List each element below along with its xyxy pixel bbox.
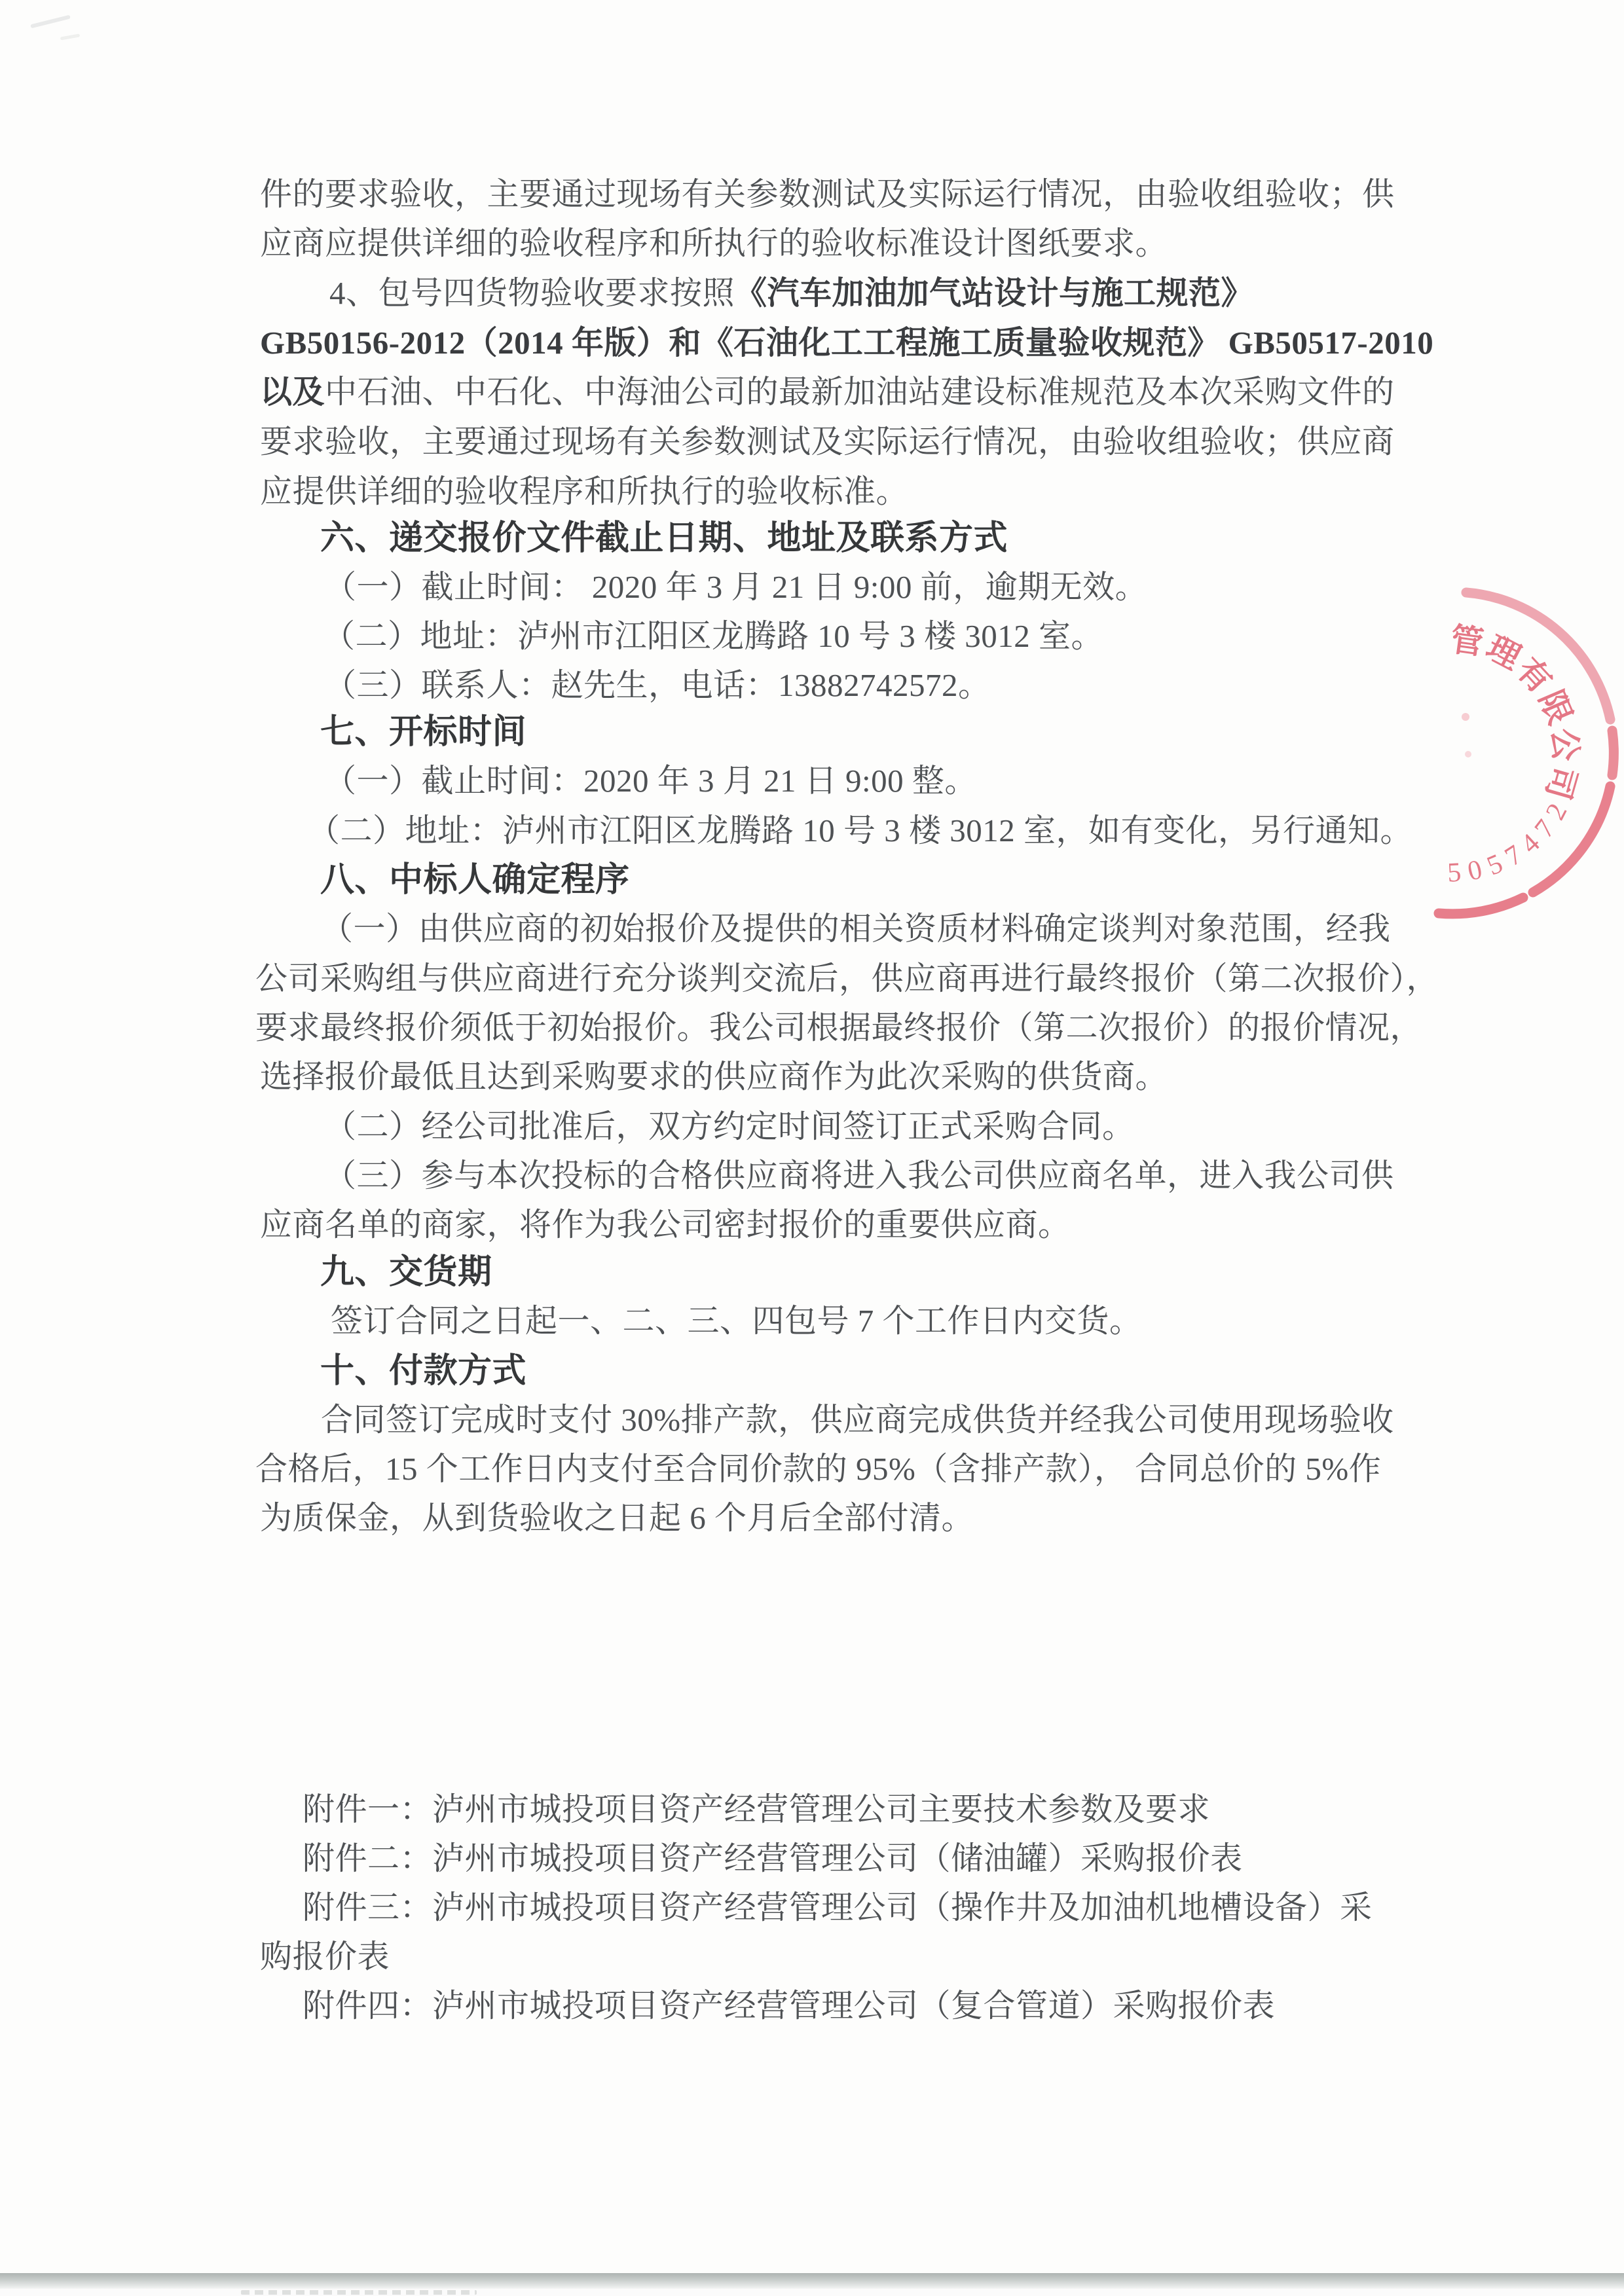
doc-line: 应提供详细的验收程序和所执行的验收标准。 xyxy=(260,473,908,511)
attachment-line-4: 附件四：泸州市城投项目资产经营管理公司（复合管道）采购报价表 xyxy=(303,1987,1275,2025)
scan-artifact xyxy=(30,15,71,29)
doc-text-bold: 以及 xyxy=(260,374,325,410)
doc-line: 4、包号四货物验收要求按照《汽车加油加气站设计与施工规范》 xyxy=(329,274,1253,312)
doc-line: 签订合同之日起一、二、三、四包号 7 个工作日内交货。 xyxy=(331,1302,1142,1340)
seal-ink-speck xyxy=(1462,713,1469,721)
doc-line: 应商名单的商家，将作为我公司密封报价的重要供应商。 xyxy=(260,1206,1071,1244)
doc-line: 要求最终报价须低于初始报价。我公司根据最终报价（第二次报价）的报价情况， xyxy=(255,1009,1422,1047)
doc-line: GB50156-2012（2014 年版）和《石油化工工程施工质量验收规范》 G… xyxy=(260,324,1433,362)
doc-text-bold: 《汽车加油加气站设计与施工规范》 xyxy=(735,275,1253,311)
attachment-line-3: 附件三：泸州市城投项目资产经营管理公司（操作井及加油机地槽设备）采 xyxy=(303,1889,1373,1927)
section-heading-10: 十、付款方式 xyxy=(320,1351,526,1391)
doc-line: 选择报价最低且达到采购要求的供应商作为此次采购的供货商。 xyxy=(260,1058,1168,1096)
doc-line: （三）联系人：赵先生，电话：13882742572。 xyxy=(324,666,991,704)
doc-line: （三）参与本次投标的合格供应商将进入我公司供应商名单，进入我公司供 xyxy=(324,1157,1394,1195)
doc-line: （一）截止时间： 2020 年 3 月 21 日 9:00 前，逾期无效。 xyxy=(324,568,1147,606)
doc-line: 应商应提供详细的验收程序和所执行的验收标准设计图纸要求。 xyxy=(260,225,1168,263)
company-seal-stamp: 管理有限公司 5057472 xyxy=(1270,570,1624,930)
attachment-line-3-cont: 购报价表 xyxy=(260,1938,390,1976)
doc-line: 件的要求验收，主要通过现场有关参数测试及实际运行情况，由验收组验收；供 xyxy=(260,175,1395,213)
doc-line: 为质保金，从到货验收之日起 6 个月后全部付清。 xyxy=(260,1499,974,1537)
doc-line: 合同签订完成时支付 30%排产款，供应商完成供货并经我公司使用现场验收 xyxy=(321,1401,1394,1439)
doc-line: （二）地址：泸州市江阳区龙腾路 10 号 3 楼 3012 室。 xyxy=(323,617,1103,655)
scan-artifact xyxy=(60,33,80,40)
doc-line: 以及中石油、中石化、中海油公司的最新加油站建设标准规范及本次采购文件的 xyxy=(260,373,1395,411)
document-page: 件的要求验收，主要通过现场有关参数测试及实际运行情况，由验收组验收；供 应商应提… xyxy=(0,0,1624,2296)
doc-line: （二）地址：泸州市江阳区龙腾路 10 号 3 楼 3012 室，如有变化，另行通… xyxy=(308,812,1412,850)
section-heading-9: 九、交货期 xyxy=(320,1252,492,1292)
doc-line: 公司采购组与供应商进行充分谈判交流后，供应商再进行最终报价（第二次报价）， xyxy=(255,960,1439,998)
attachment-line-2: 附件二：泸州市城投项目资产经营管理公司（储油罐）采购报价表 xyxy=(303,1840,1243,1878)
doc-text: 4、包号四货物验收要求按照 xyxy=(329,275,735,311)
doc-line: 要求验收，主要通过现场有关参数测试及实际运行情况，由验收组验收；供应商 xyxy=(260,423,1395,461)
section-heading-7: 七、开标时间 xyxy=(320,712,526,752)
scan-edge-shadow xyxy=(0,2273,1624,2289)
doc-line: （一）截止时间：2020 年 3 月 21 日 9:00 整。 xyxy=(324,762,977,800)
doc-line: 合格后，15 个工作日内支付至合同价款的 95%（含排产款）， 合同总价的 5%… xyxy=(255,1450,1381,1488)
section-heading-8: 八、中标人确定程序 xyxy=(320,860,630,900)
attachment-line-1: 附件一：泸州市城投项目资产经营管理公司主要技术参数及要求 xyxy=(303,1791,1210,1829)
scan-artifact-bleedthrough xyxy=(241,2290,477,2295)
doc-line: （二）经公司批准后，双方约定时间签订正式采购合同。 xyxy=(324,1108,1135,1146)
seal-ink-speck xyxy=(1465,751,1471,757)
section-heading-6: 六、递交报价文件截止日期、地址及联系方式 xyxy=(320,519,1008,558)
seal-name-arc-text: 管理有限公司 xyxy=(1449,621,1585,805)
doc-text: 中石油、中石化、中海油公司的最新加油站建设标准规范及本次采购文件的 xyxy=(325,374,1395,410)
doc-line: （一）由供应商的初始报价及提供的相关资质材料确定谈判对象范围，经我 xyxy=(321,910,1391,948)
